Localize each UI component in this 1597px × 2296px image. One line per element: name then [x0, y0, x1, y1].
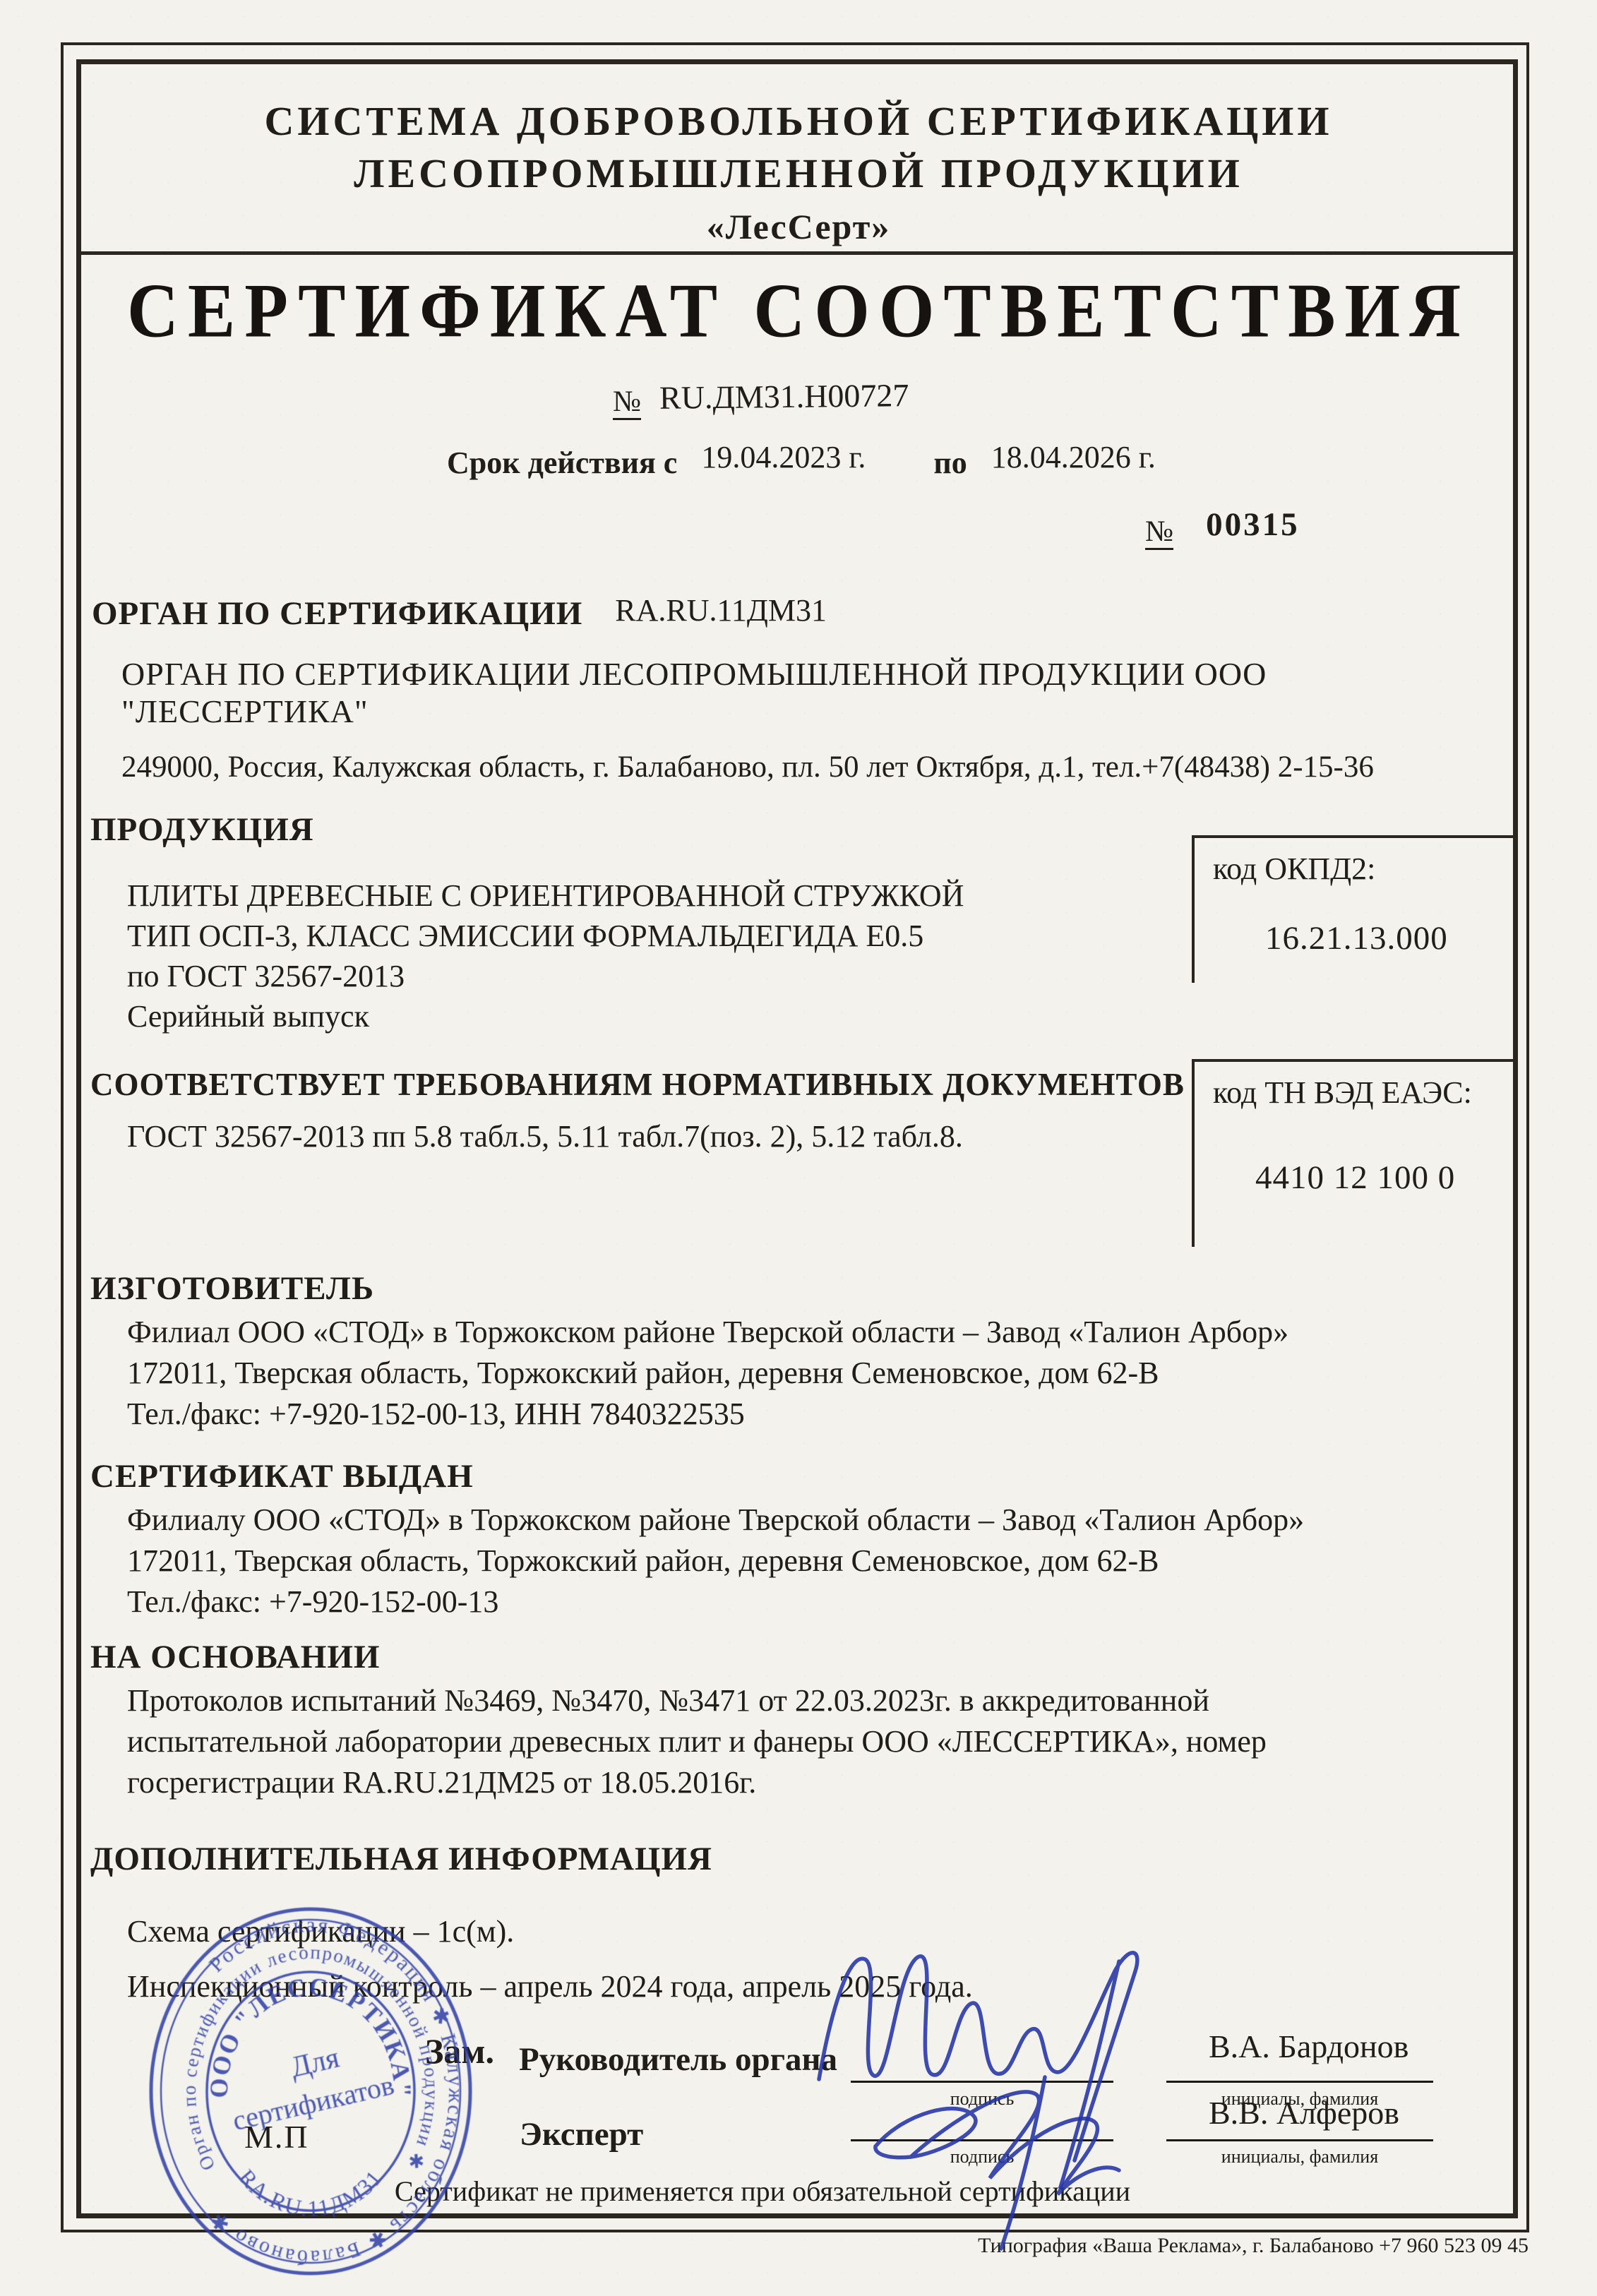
manufacturer-details: Филиал ООО «СТОД» в Торжокском районе Тв…	[127, 1312, 1511, 1435]
compliance-text: ГОСТ 32567-2013 пп 5.8 табл.5, 5.11 табл…	[127, 1118, 963, 1154]
validity-to: 18.04.2026 г.	[991, 440, 1156, 474]
additional-section-label: ДОПОЛНИТЕЛЬНАЯ ИНФОРМАЦИЯ	[90, 1840, 712, 1878]
expert-name: В.В. Алферов	[1209, 2094, 1399, 2131]
system-name: «ЛесСерт»	[0, 206, 1597, 247]
manufacturer-line: Филиал ООО «СТОД» в Торжокском районе Тв…	[127, 1312, 1511, 1353]
okpd2-box: код ОКПД2: 16.21.13.000	[1192, 835, 1514, 983]
issued-line: Тел./факс: +7-920-152-00-13	[127, 1582, 1511, 1622]
expert-signature-ink	[833, 2055, 1200, 2266]
manufacturer-line: 172011, Тверская область, Торжокский рай…	[127, 1353, 1511, 1394]
issued-line: 172011, Тверская область, Торжокский рай…	[127, 1541, 1511, 1582]
compliance-section-label: СООТВЕТСТВУЕТ ТРЕБОВАНИЯМ НОРМАТИВНЫХ ДО…	[90, 1066, 1185, 1103]
production-description: ПЛИТЫ ДРЕВЕСНЫЕ С ОРИЕНТИРОВАННОЙ СТРУЖК…	[127, 875, 1172, 1036]
production-line: ТИП ОСП-3, КЛАСС ЭМИССИИ ФОРМАЛЬДЕГИДА E…	[127, 916, 1172, 956]
round-stamp: Российская Федерация ✱ Калужская область…	[145, 1901, 477, 2282]
okpd2-label: код ОКПД2:	[1213, 851, 1514, 887]
header-divider	[81, 251, 1516, 255]
production-line: ПЛИТЫ ДРЕВЕСНЫЕ С ОРИЕНТИРОВАННОЙ СТРУЖК…	[127, 875, 1172, 916]
certification-body-row: ОРГАН ПО СЕРТИФИКАЦИИ RA.RU.11ДМ31	[92, 594, 827, 633]
production-section-label: ПРОДУКЦИЯ	[90, 811, 314, 849]
validity-row: Срок действия с19.04.2023 г.по18.04.2026…	[447, 445, 1156, 481]
manufacturer-section-label: ИЗГОТОВИТЕЛЬ	[90, 1269, 374, 1308]
tnved-label: код ТН ВЭД ЕАЭС:	[1213, 1075, 1514, 1111]
certificate-page: СИСТЕМА ДОБРОВОЛЬНОЙ СЕРТИФИКАЦИИ ЛЕСОПР…	[0, 0, 1597, 2296]
basis-section-label: НА ОСНОВАНИИ	[90, 1638, 380, 1676]
basis-line: испытательной лаборатории древесных плит…	[127, 1721, 1511, 1762]
system-header-line2: ЛЕСОПРОМЫШЛЕННОЙ ПРОДУКЦИИ	[0, 150, 1597, 197]
stamp-place-label: М.П	[244, 2118, 309, 2156]
validity-to-label: по	[933, 446, 967, 480]
tnved-box: код ТН ВЭД ЕАЭС: 4410 12 100 0	[1192, 1059, 1514, 1247]
stamp-reg-text: RA.RU.11ДМ31	[234, 2165, 387, 2221]
certification-body-code: RA.RU.11ДМ31	[615, 593, 827, 628]
issued-line: Филиалу ООО «СТОД» в Торжокском районе Т…	[127, 1500, 1511, 1541]
svg-text:RA.RU.11ДМ31: RA.RU.11ДМ31	[234, 2165, 387, 2221]
head-name: В.А. Бардонов	[1209, 2028, 1408, 2065]
production-line: по ГОСТ 32567-2013	[127, 956, 1172, 996]
blank-number-value: 00315	[1206, 506, 1300, 543]
production-line: Серийный выпуск	[127, 996, 1172, 1036]
manufacturer-line: Тел./факс: +7-920-152-00-13, ИНН 7840322…	[127, 1394, 1511, 1435]
basis-line: Протоколов испытаний №3469, №3470, №3471…	[127, 1680, 1511, 1721]
system-header-line1: СИСТЕМА ДОБРОВОЛЬНОЙ СЕРТИФИКАЦИИ	[0, 97, 1597, 145]
issued-section-label: СЕРТИФИКАТ ВЫДАН	[90, 1457, 474, 1495]
okpd2-value: 16.21.13.000	[1265, 919, 1514, 957]
certification-body-label: ОРГАН ПО СЕРТИФИКАЦИИ	[92, 595, 582, 632]
tnved-value: 4410 12 100 0	[1255, 1159, 1514, 1197]
expert-label: Эксперт	[520, 2115, 643, 2153]
issued-details: Филиалу ООО «СТОД» в Торжокском районе Т…	[127, 1500, 1511, 1622]
validity-from: 19.04.2023 г.	[701, 440, 866, 474]
certification-body-address: 249000, Россия, Калужская область, г. Ба…	[121, 750, 1505, 784]
basis-details: Протоколов испытаний №3469, №3470, №3471…	[127, 1680, 1511, 1803]
blank-number-row: №00315	[1145, 511, 1300, 549]
certificate-number-row: №RU.ДМ31.H00727	[613, 381, 909, 419]
basis-line: госрегистрации RA.RU.21ДМ25 от 18.05.201…	[127, 1762, 1511, 1803]
certificate-title: СЕРТИФИКАТ СООТВЕТСТВИЯ	[0, 266, 1597, 354]
stamp-center-line1: Для	[287, 2041, 342, 2083]
certificate-number-value: RU.ДМ31.H00727	[659, 376, 909, 417]
blank-number-label: №	[1145, 515, 1173, 550]
certificate-number-label: №	[613, 385, 641, 420]
certification-body-name: ОРГАН ПО СЕРТИФИКАЦИИ ЛЕСОПРОМЫШЛЕННОЙ П…	[121, 655, 1505, 730]
head-label: Руководитель органа	[519, 2040, 837, 2079]
validity-label: Срок действия с	[447, 446, 677, 480]
